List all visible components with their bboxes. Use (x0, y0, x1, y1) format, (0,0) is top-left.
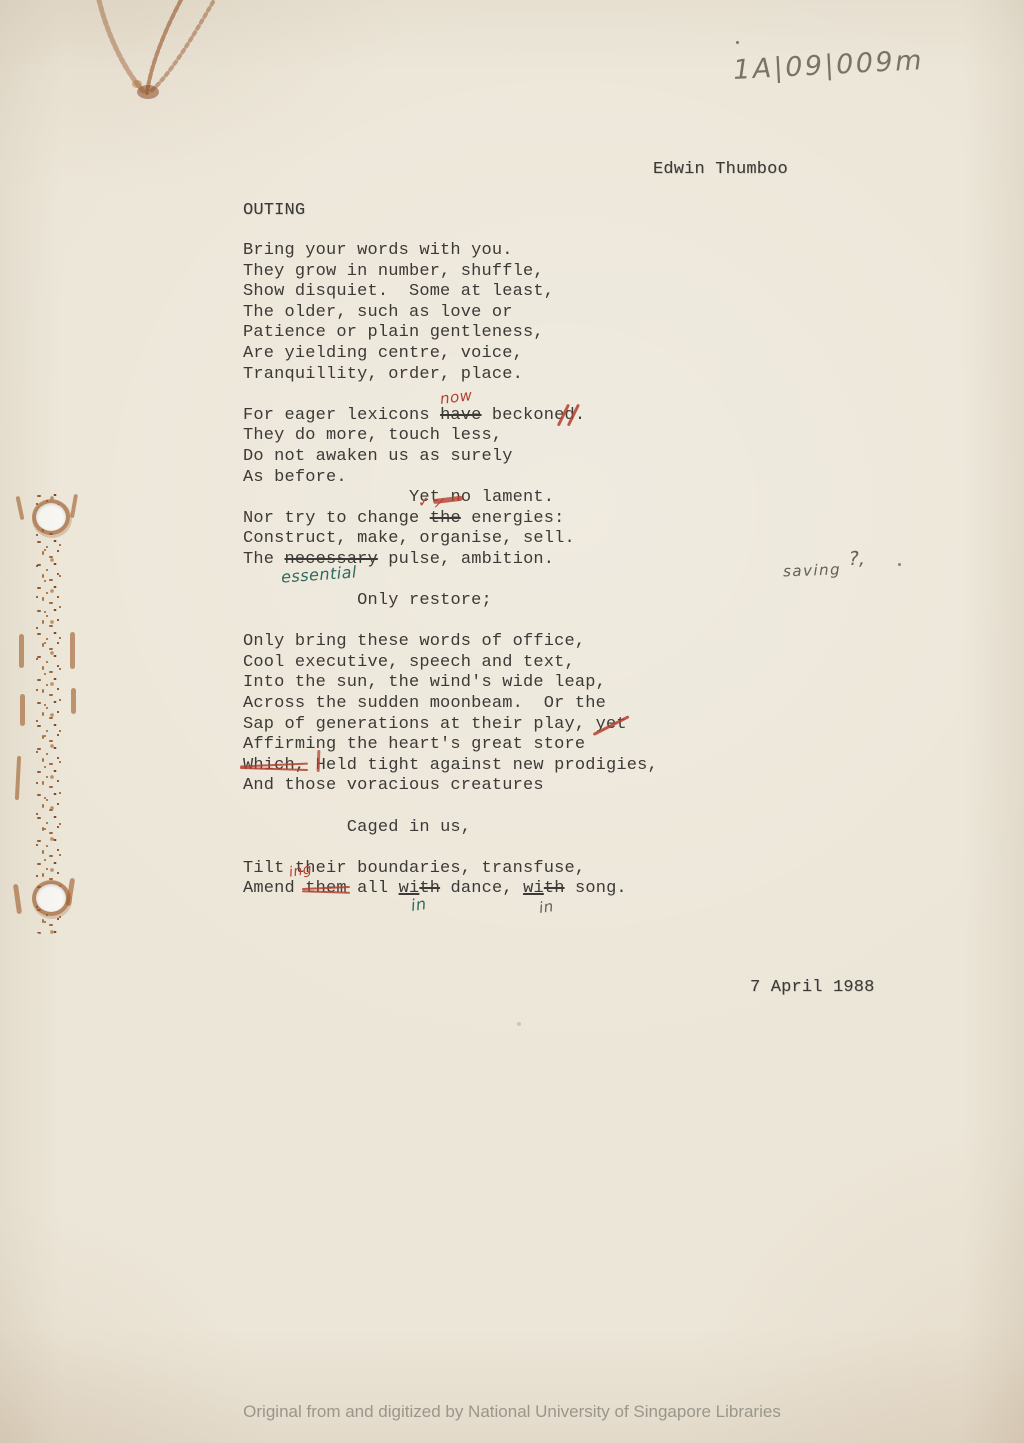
paper-speck (517, 1022, 521, 1026)
poem-title: OUTING (243, 201, 305, 220)
rust-stain-top (85, 0, 225, 120)
indent-spaces (243, 818, 347, 837)
typed-text: Only restore; (357, 591, 492, 610)
digitization-caption: Original from and digitized by National … (0, 1402, 1024, 1422)
poem-line: Are yielding centre, voice, (243, 344, 658, 365)
saving-note-mark: ?, (848, 548, 865, 571)
edited-text-strikered: Which, (243, 756, 305, 775)
saving-note: saving?, (783, 557, 866, 582)
typed-text: For eager lexicons (243, 406, 440, 425)
typed-text: song. (565, 879, 627, 898)
typed-text: beckon (482, 406, 555, 425)
edited-text-ul: wi (523, 879, 544, 898)
poem-line: Do not awaken us as surely (243, 447, 658, 468)
typed-text: eld tight against new prodigies, (326, 756, 658, 775)
poem-line (243, 612, 658, 633)
typed-text: Do not awaken us as surely (243, 447, 513, 466)
typed-text: Tranquillity, order, place. (243, 365, 523, 384)
scanned-page: 1A|09|009m Edwin Thumboo OUTING Bring yo… (0, 0, 1024, 1443)
rust-mark (16, 496, 25, 520)
poem-line (243, 797, 658, 818)
poem-line: Nor try to change the✓ energies: (243, 509, 658, 530)
paper-speck (736, 41, 739, 44)
poem-line: Only bring these words of office, (243, 632, 658, 653)
poem-line: Amend theming all within dance, within s… (243, 879, 658, 900)
poem-line: The older, such as love or (243, 303, 658, 324)
typed-text: Affirming the heart's great store (243, 735, 585, 754)
poem-line: Cool executive, speech and text, (243, 653, 658, 674)
poem-body: Bring your words with you.They grow in n… (243, 241, 658, 900)
edited-text-strike: the✓ (430, 509, 461, 528)
catalog-code-note: 1A|09|009m (732, 45, 924, 86)
typed-text: Nor try to change (243, 509, 430, 528)
indent-spaces (243, 488, 409, 507)
typed-text: all (347, 879, 399, 898)
poem-line: Affirming the heart's great store (243, 735, 658, 756)
poem-line: Which, Held tight against new prodigies, (243, 756, 658, 777)
edited-text-strike: thin (544, 879, 565, 898)
edited-text-strike: havenow (440, 406, 482, 425)
typed-text: Caged in us, (347, 818, 471, 837)
poem-line: Patience or plain gentleness, (243, 323, 658, 344)
poem-line: Into the sun, the wind's wide leap, (243, 673, 658, 694)
poem-line: Only restore; (243, 591, 658, 612)
handwritten-note: ing (288, 863, 313, 880)
poem-line (243, 838, 658, 859)
edited-text-strikered: theming (305, 879, 347, 898)
typed-text: energies: (461, 509, 565, 528)
saving-note-word: saving (783, 560, 842, 580)
poem-line: For eager lexicons havenow beckoned. (243, 406, 658, 427)
typed-text: pulse, ambition. (378, 550, 554, 569)
typed-text: They grow in number, shuffle, (243, 262, 544, 281)
punch-hole-bottom (36, 884, 66, 912)
handwritten-note: in (410, 896, 428, 914)
poem-line: Show disquiet. Some at least, (243, 282, 658, 303)
rust-mark (70, 632, 75, 669)
poem-line: The necessaryessential pulse, ambition. (243, 550, 658, 571)
poem-line: Caged in us, (243, 818, 658, 839)
poem-line: Across the sudden moonbeam. Or the (243, 694, 658, 715)
typed-text: Are yielding centre, voice, (243, 344, 523, 363)
typed-text: The older, such as love or (243, 303, 513, 322)
edited-text-strike: thin (419, 879, 440, 898)
typed-text: Construct, make, organise, sell. (243, 529, 575, 548)
rust-mark (66, 878, 75, 906)
typed-text: They do more, touch less, (243, 426, 502, 445)
rust-mark (15, 756, 21, 800)
edited-text-redcap: H (316, 756, 326, 775)
handwritten-note: in (538, 899, 555, 916)
punch-hole-top (36, 503, 66, 531)
paper-speck (898, 563, 901, 566)
typed-text: Bring your words with you. (243, 241, 513, 260)
rust-mark (70, 494, 78, 518)
typed-text: Across the sudden moonbeam. Or the (243, 694, 606, 713)
typed-date: 7 April 1988 (750, 978, 874, 997)
typed-text: As before. (243, 468, 347, 487)
rust-mark (71, 688, 76, 714)
typed-text: Into the sun, the wind's wide leap, (243, 673, 606, 692)
poem-line: Tranquillity, order, place. (243, 365, 658, 386)
typed-text: dance, (440, 879, 523, 898)
typed-text: The (243, 550, 285, 569)
rust-mark (19, 634, 24, 668)
typed-text: Sap of generations at their play, (243, 715, 596, 734)
rust-mark (13, 884, 22, 914)
indent-spaces (243, 591, 357, 610)
typed-text: Show disquiet. Some at least, (243, 282, 554, 301)
typed-text: Cool executive, speech and text, (243, 653, 575, 672)
typed-text: And those voracious creatures (243, 776, 544, 795)
poem-line: As before. (243, 468, 658, 489)
typed-text (305, 756, 315, 775)
poem-line: Construct, make, organise, sell. (243, 529, 658, 550)
edited-text-strike: necessaryessential (285, 550, 378, 569)
edited-text-slash: yet (596, 715, 627, 734)
typed-text: Patience or plain gentleness, (243, 323, 544, 342)
rust-mark (20, 694, 25, 726)
poem-line: They grow in number, shuffle, (243, 262, 658, 283)
binding-rust-strip (33, 492, 66, 934)
typed-text: Only bring these words of office, (243, 632, 585, 651)
handwritten-note: now (439, 388, 473, 407)
typed-text: Amend (243, 879, 305, 898)
poem-line: And those voracious creatures (243, 776, 658, 797)
typed-text: no lament. (450, 488, 554, 507)
author-name: Edwin Thumboo (653, 160, 788, 179)
poem-line: Bring your words with you. (243, 241, 658, 262)
poem-line: Sap of generations at their play, yet (243, 715, 658, 736)
edited-text-redslash: ed. (554, 406, 585, 425)
poem-line: They do more, touch less, (243, 426, 658, 447)
